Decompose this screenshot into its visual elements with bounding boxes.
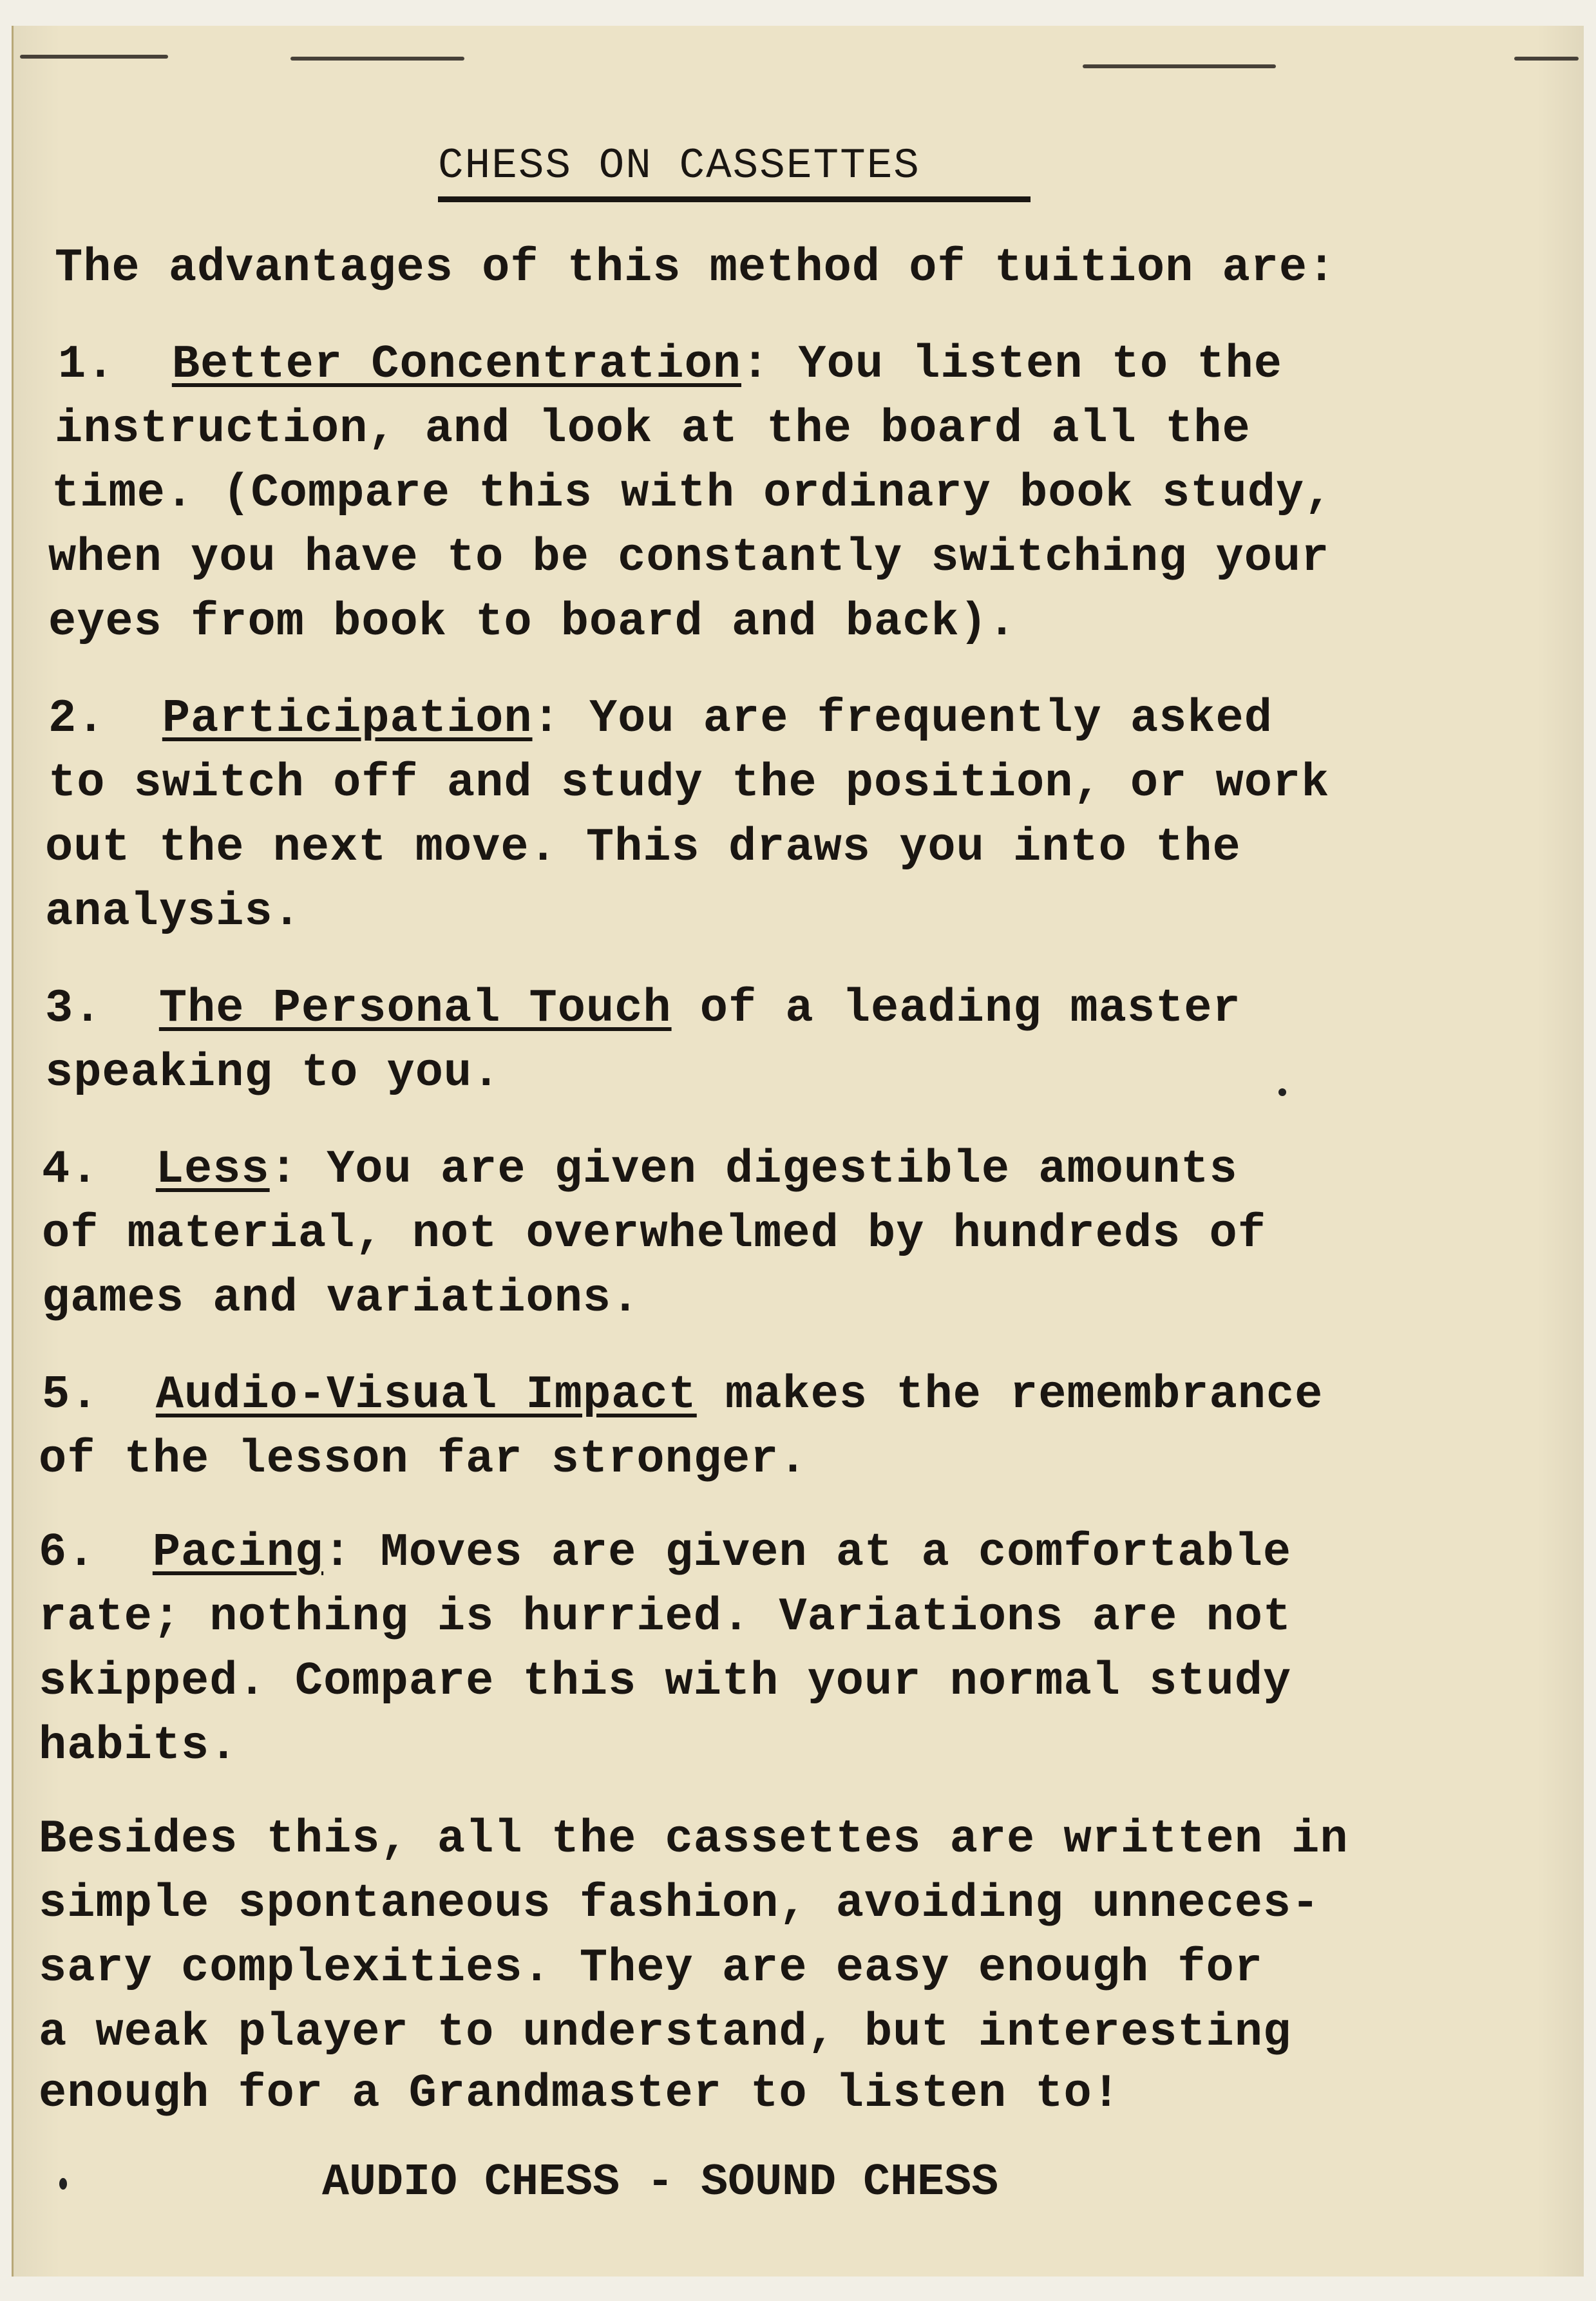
item-heading: Less <box>156 1143 270 1196</box>
item-heading: Pacing <box>153 1526 323 1579</box>
closing-line: Besides this, all the cassettes are writ… <box>39 1813 1349 1866</box>
item-line: of material, not overwhelmed by hundreds… <box>42 1207 1266 1260</box>
footer-text: AUDIO CHESS - SOUND CHESS <box>322 2157 998 2208</box>
item-6: 6. Pacing: Moves are given at a comforta… <box>39 1526 1291 1579</box>
top-rule <box>20 55 168 59</box>
item-line: of the lesson far stronger. <box>39 1433 808 1486</box>
item-heading: Audio-Visual Impact <box>156 1368 697 1421</box>
item-line: time. (Compare this with ordinary book s… <box>52 467 1333 520</box>
item-2: 2. Participation: You are frequently ask… <box>48 692 1273 745</box>
item-4: 4. Less: You are given digestible amount… <box>42 1143 1238 1196</box>
item-heading: The Personal Touch <box>159 982 672 1035</box>
item-line: habits. <box>39 1719 238 1772</box>
item-line: speaking to you. <box>45 1046 500 1099</box>
item-3: 3. The Personal Touch of a leading maste… <box>45 982 1241 1035</box>
ink-speck <box>59 2178 67 2190</box>
closing-line: enough for a Grandmaster to listen to! <box>39 2067 1121 2120</box>
item-line: out the next move. This draws you into t… <box>45 821 1241 874</box>
top-rule <box>1514 57 1579 61</box>
top-rule <box>1083 64 1276 68</box>
page-title: CHESS ON CASSETTES <box>438 142 920 190</box>
title-underline <box>438 196 1031 202</box>
closing-line: simple spontaneous fashion, avoiding unn… <box>39 1877 1320 1930</box>
closing-line: a weak player to understand, but interes… <box>39 2006 1291 2059</box>
item-line: analysis. <box>45 885 301 938</box>
item-line: rate; nothing is hurried. Variations are… <box>39 1591 1291 1643</box>
closing-line: sary complexities. They are easy enough … <box>39 1942 1263 1994</box>
item-heading: Participation <box>162 692 533 745</box>
item-line: to switch off and study the position, or… <box>48 757 1329 810</box>
intro-text: The advantages of this method of tuition… <box>55 241 1336 294</box>
item-line: eyes from book to board and back). <box>48 596 1016 649</box>
item-1: 1. Better Concentration: You listen to t… <box>58 338 1282 391</box>
item-5: 5. Audio-Visual Impact makes the remembr… <box>42 1368 1323 1421</box>
item-line: when you have to be constantly switching… <box>48 531 1329 584</box>
item-line: games and variations. <box>42 1272 640 1325</box>
item-line: instruction, and look at the board all t… <box>55 402 1251 455</box>
ink-speck <box>1278 1088 1286 1096</box>
item-line: skipped. Compare this with your normal s… <box>39 1655 1291 1708</box>
item-heading: Better Concentration <box>172 338 741 391</box>
top-rule <box>290 57 464 61</box>
